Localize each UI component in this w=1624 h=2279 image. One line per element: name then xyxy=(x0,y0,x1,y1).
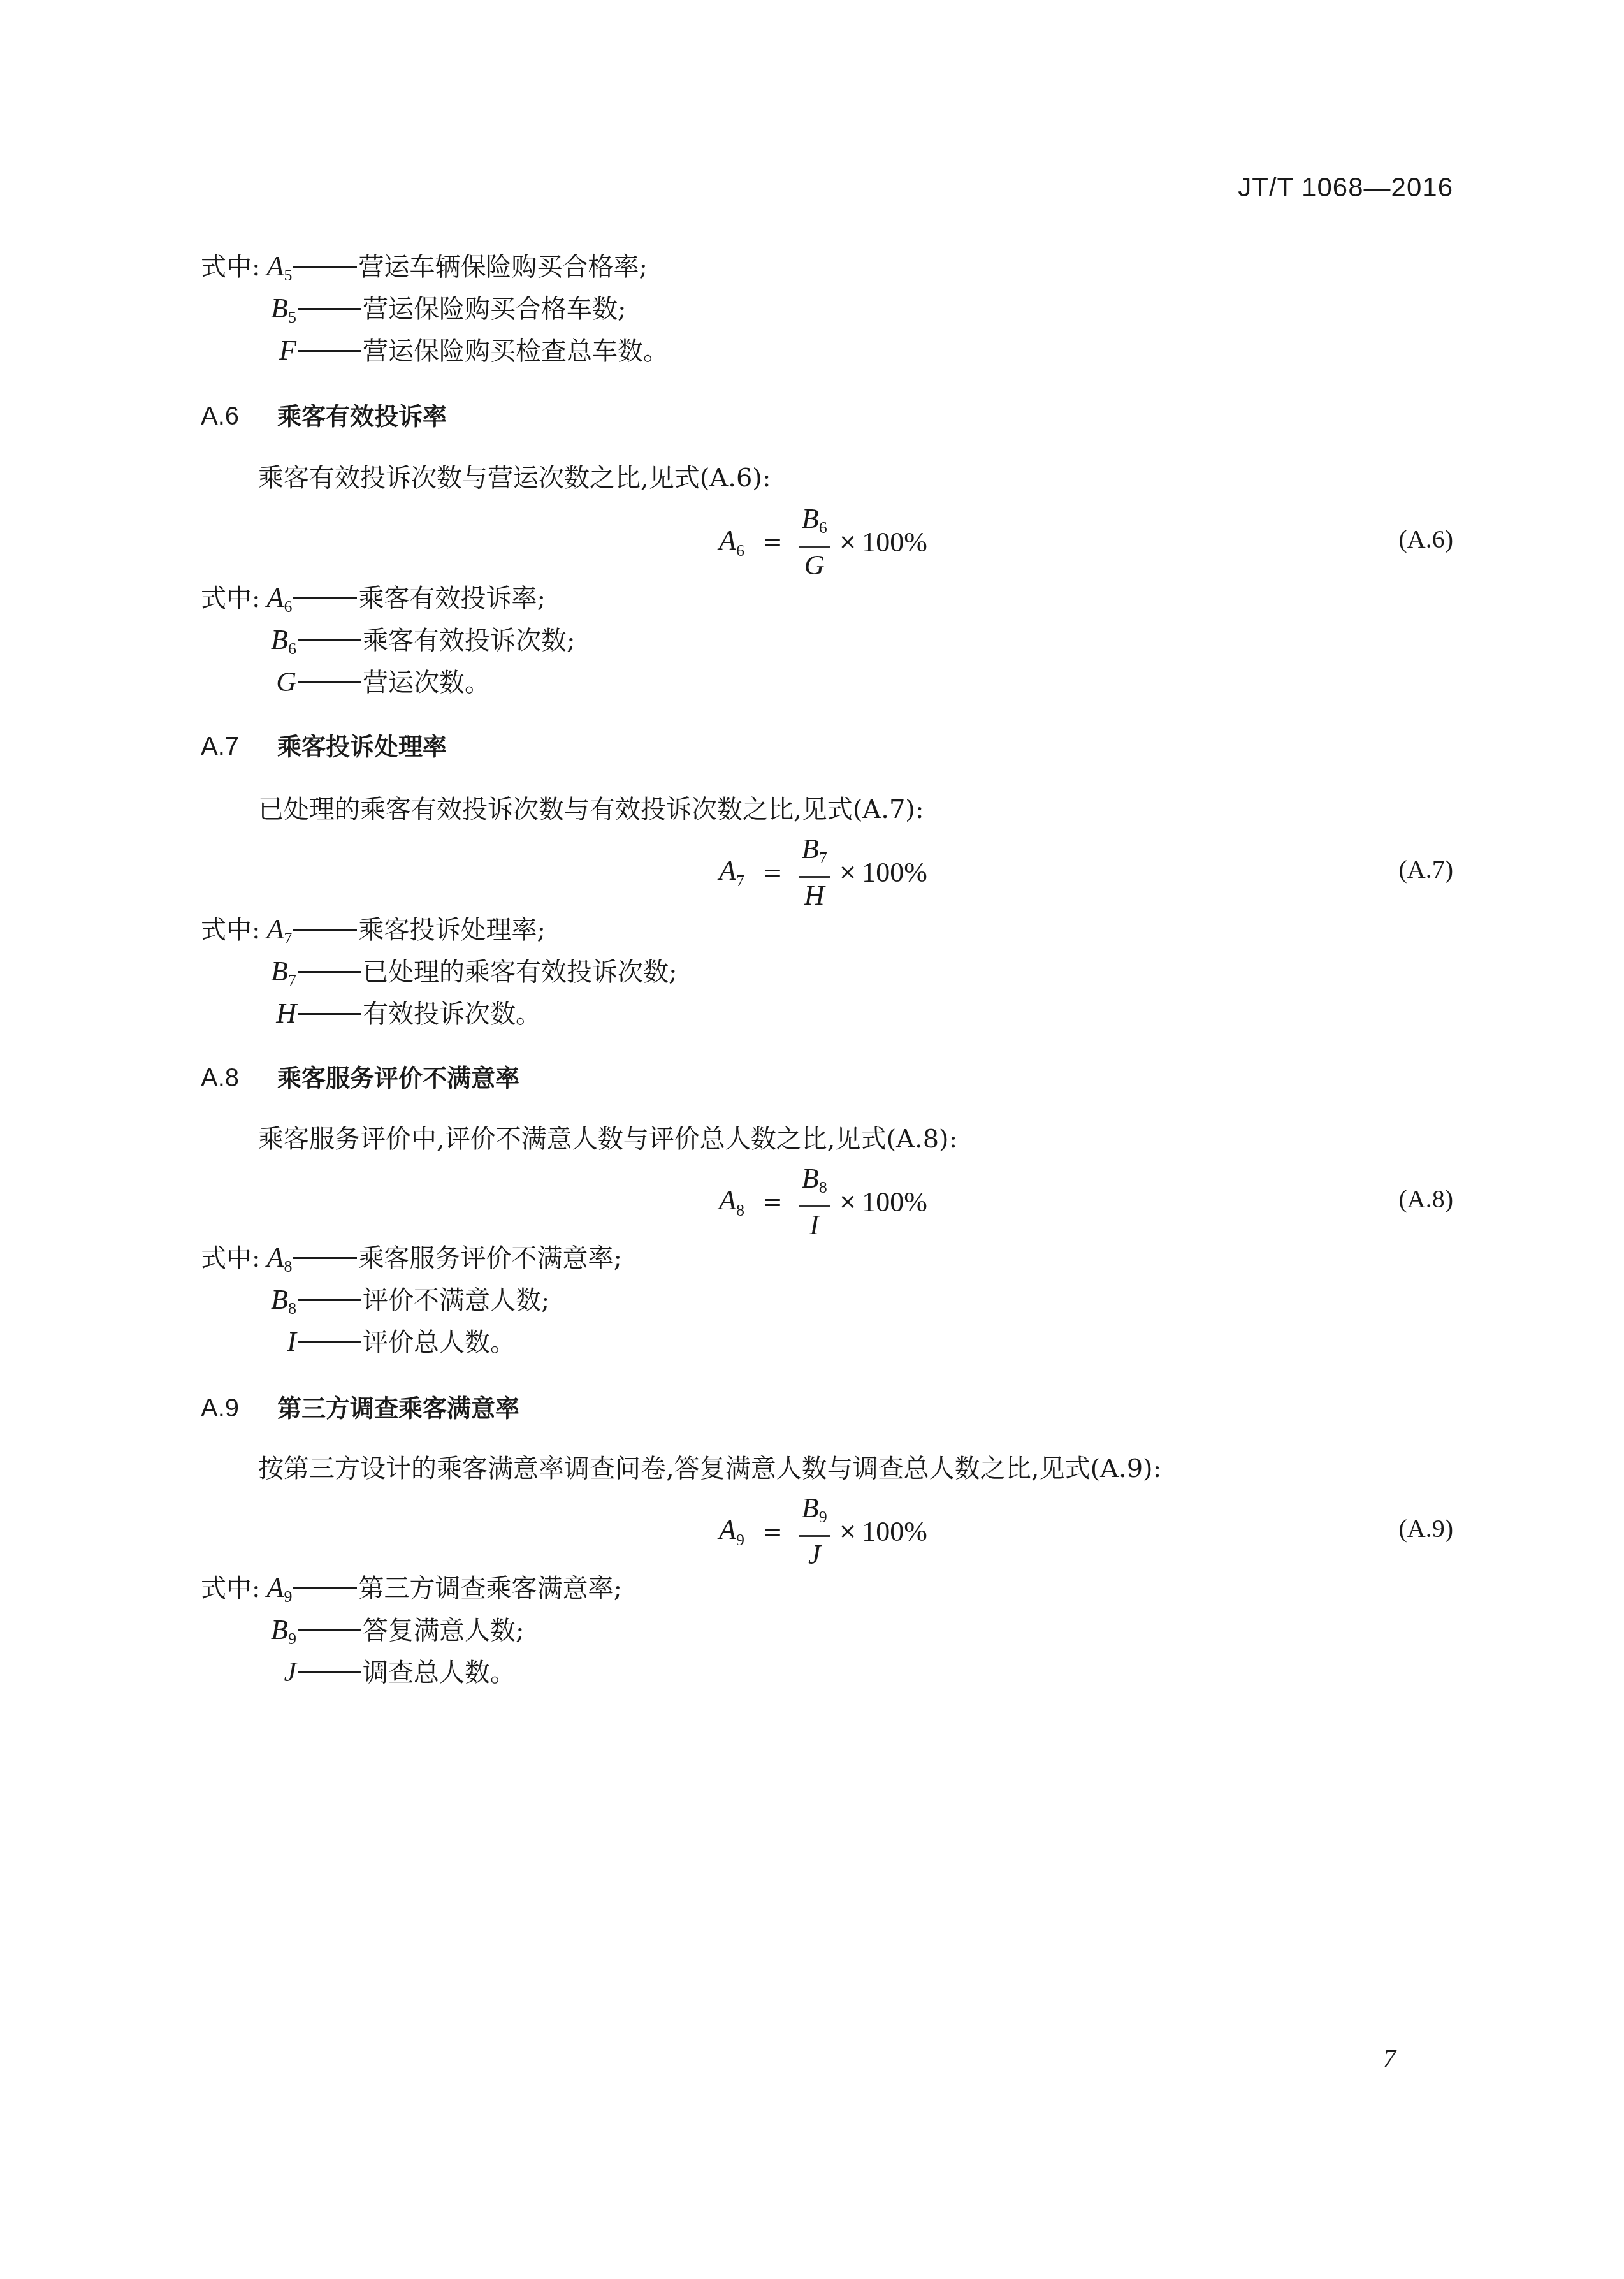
denominator: J xyxy=(808,1537,821,1573)
percent-factor: 100% xyxy=(862,1186,927,1218)
variable-description: 乘客投诉处理率; xyxy=(358,915,545,945)
variable-description: 乘客有效投诉次数; xyxy=(363,626,575,655)
numerator: B7 xyxy=(799,831,830,878)
em-dash xyxy=(298,1013,361,1015)
numerator: B6 xyxy=(799,501,830,548)
equation-label: (A.9) xyxy=(1398,1513,1453,1543)
em-dash xyxy=(293,266,357,268)
denominator: G xyxy=(804,548,825,583)
section-heading: A.9第三方调查乘客满意率 xyxy=(201,1388,519,1423)
variable-symbol: G xyxy=(265,661,296,703)
times-sign: × xyxy=(839,1518,857,1544)
formula: A6 = B6 G × 100% xyxy=(719,497,927,586)
variable-symbol: J xyxy=(265,1651,296,1693)
where-lead: 式中: xyxy=(201,252,260,282)
variable-symbol: H xyxy=(265,993,296,1035)
em-dash xyxy=(293,929,357,931)
em-dash xyxy=(298,1629,361,1631)
em-dash xyxy=(293,1587,357,1589)
variable-description: 营运保险购买检查总车数。 xyxy=(363,337,669,366)
variable-description: 乘客服务评价不满意率; xyxy=(358,1244,621,1273)
formula: A7 = B7 H × 100% xyxy=(719,827,927,917)
equals-sign: = xyxy=(762,528,783,556)
em-dash xyxy=(298,1299,361,1301)
variable-description: 评价不满意人数; xyxy=(363,1286,549,1315)
where-item: J调查总人数。 xyxy=(201,1651,516,1694)
formula-lhs: A9 xyxy=(719,1513,744,1550)
section-heading: A.7乘客投诉处理率 xyxy=(201,727,447,762)
page-number: 7 xyxy=(1383,2043,1396,2073)
percent-factor: 100% xyxy=(862,856,927,889)
em-dash xyxy=(298,681,361,683)
em-dash xyxy=(293,1257,357,1259)
formula-lhs: A8 xyxy=(719,1184,744,1220)
fraction: B7 H xyxy=(799,831,830,914)
section-intro: 按第三方设计的乘客满意率调查问卷,答复满意人数与调查总人数之比,见式(A.9): xyxy=(258,1448,1161,1485)
numerator: B9 xyxy=(799,1490,830,1537)
formula: A8 = B8 I × 100% xyxy=(719,1157,927,1246)
section-heading: A.8乘客服务评价不满意率 xyxy=(201,1058,519,1093)
formula-lhs: A6 xyxy=(719,524,744,560)
section-intro: 乘客服务评价中,评价不满意人数与评价总人数之比,见式(A.8): xyxy=(258,1119,957,1155)
denominator: I xyxy=(809,1207,819,1243)
variable-description: 有效投诉次数。 xyxy=(363,1000,541,1029)
equation-label: (A.6) xyxy=(1398,524,1453,554)
variable-description: 营运车辆保险购买合格率; xyxy=(358,252,647,282)
fraction: B8 I xyxy=(799,1161,830,1243)
equals-sign: = xyxy=(762,1517,783,1545)
percent-factor: 100% xyxy=(862,1515,927,1548)
em-dash xyxy=(298,308,361,310)
variable-description: 调查总人数。 xyxy=(363,1658,516,1687)
equals-sign: = xyxy=(762,858,783,886)
section-intro: 已处理的乘客有效投诉次数与有效投诉次数之比,见式(A.7): xyxy=(258,789,924,826)
percent-factor: 100% xyxy=(862,526,927,558)
variable-description: 营运次数。 xyxy=(363,668,490,697)
where-item: I评价总人数。 xyxy=(201,1321,516,1364)
where-item: F营运保险购买检查总车数。 xyxy=(201,330,669,372)
equation-label: (A.7) xyxy=(1398,854,1453,884)
fraction: B6 G xyxy=(799,501,830,583)
times-sign: × xyxy=(839,1189,857,1214)
variable-description: 答复满意人数; xyxy=(363,1616,524,1645)
section-intro: 乘客有效投诉次数与营运次数之比,见式(A.6): xyxy=(258,458,771,494)
where-item: H有效投诉次数。 xyxy=(201,993,541,1035)
denominator: H xyxy=(804,878,825,914)
equals-sign: = xyxy=(762,1188,783,1216)
section-heading: A.6乘客有效投诉率 xyxy=(201,397,447,432)
em-dash xyxy=(293,597,357,599)
em-dash xyxy=(298,639,361,641)
variable-description: 第三方调查乘客满意率; xyxy=(358,1574,621,1603)
numerator: B8 xyxy=(799,1161,830,1207)
formula: A9 = B9 J × 100% xyxy=(719,1487,927,1576)
em-dash xyxy=(298,350,361,352)
times-sign: × xyxy=(839,859,857,885)
where-item: G营运次数。 xyxy=(201,661,490,704)
equation-label: (A.8) xyxy=(1398,1184,1453,1214)
variable-symbol: F xyxy=(265,330,296,372)
em-dash xyxy=(298,971,361,973)
variable-symbol: I xyxy=(265,1321,296,1363)
standard-code: JT/T 1068—2016 xyxy=(1238,172,1453,203)
variable-description: 乘客有效投诉率; xyxy=(358,584,545,613)
em-dash xyxy=(298,1671,361,1673)
formula-lhs: A7 xyxy=(719,854,744,891)
variable-description: 评价总人数。 xyxy=(363,1328,516,1357)
em-dash xyxy=(298,1341,361,1343)
variable-description: 营运保险购买合格车数; xyxy=(363,295,626,324)
variable-description: 已处理的乘客有效投诉次数; xyxy=(363,957,677,987)
fraction: B9 J xyxy=(799,1490,830,1573)
times-sign: × xyxy=(839,529,857,555)
